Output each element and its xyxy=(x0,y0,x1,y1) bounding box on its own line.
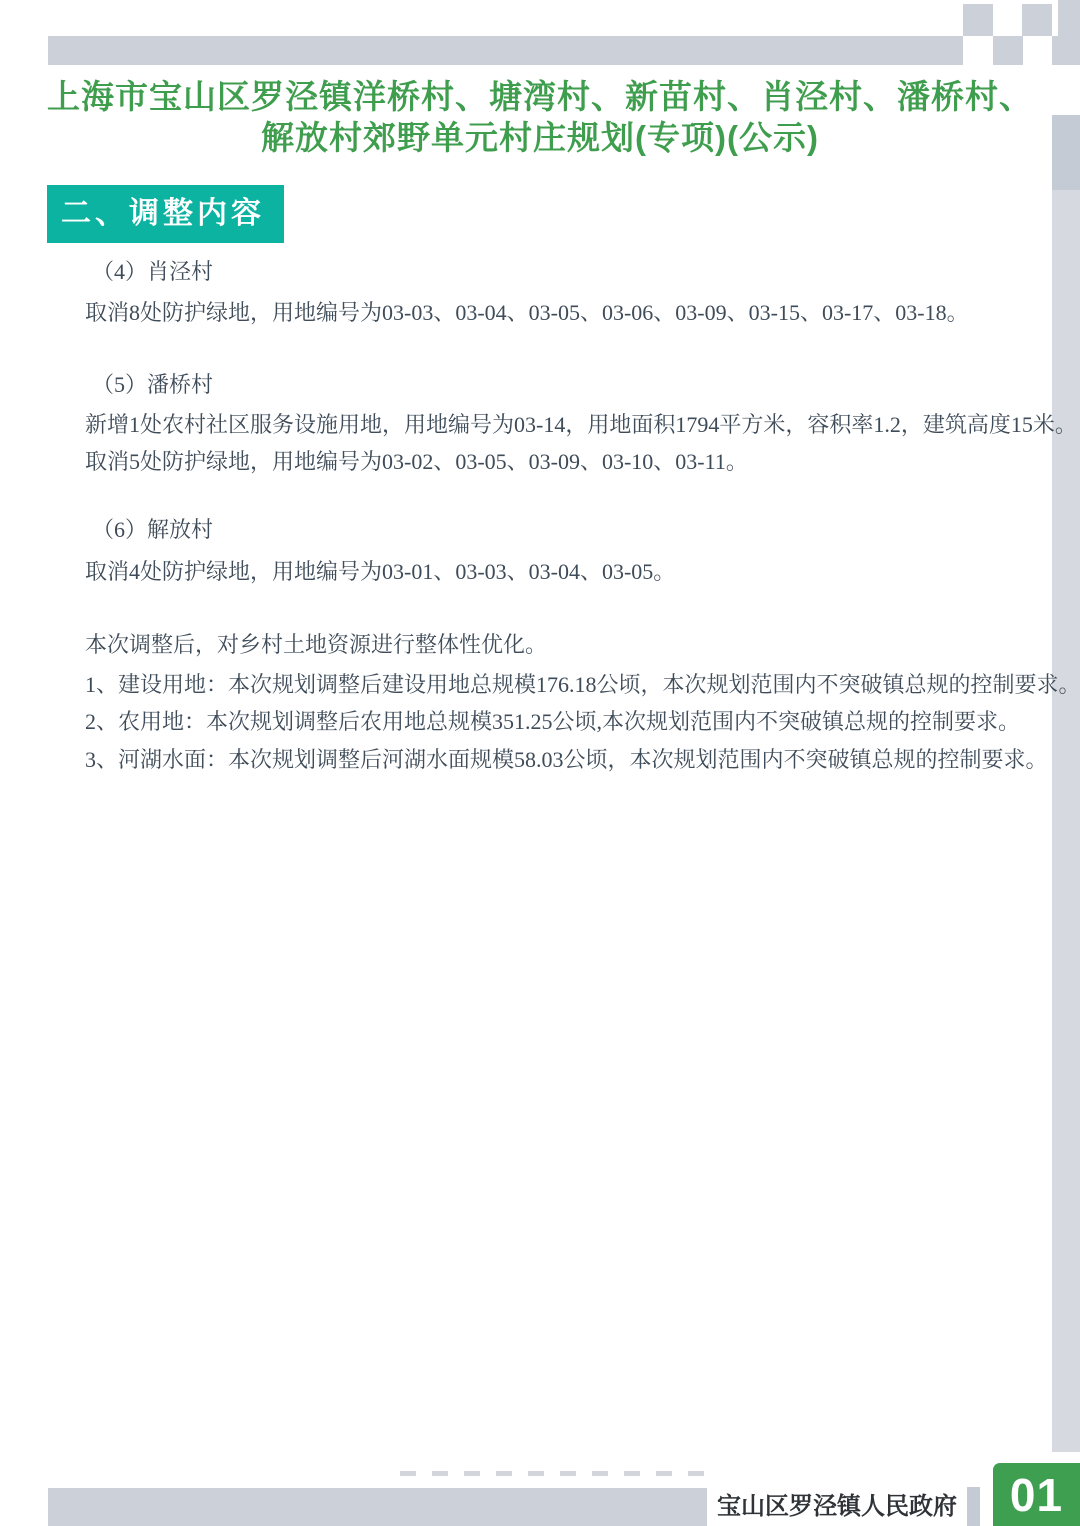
page-title-line1: 上海市宝山区罗泾镇洋桥村、塘湾村、新苗村、肖泾村、潘桥村、 xyxy=(47,78,1033,115)
section-heading: （4）肖泾村 xyxy=(92,257,213,287)
footer-divider-bar xyxy=(967,1487,980,1526)
footer-dashed-line xyxy=(400,1471,707,1476)
summary-item: 1、建设用地：本次规划调整后建设用地总规模176.18公顷，本次规划范围内不突破… xyxy=(85,670,1080,700)
top-gray-bar xyxy=(48,36,963,65)
document-page: 上海市宝山区罗泾镇洋桥村、塘湾村、新苗村、肖泾村、潘桥村、 解放村郊野单元村庄规… xyxy=(0,0,1080,1526)
section-heading: （5）潘桥村 xyxy=(92,370,213,400)
summary-item: 3、河湖水面：本次规划调整后河湖水面规模58.03公顷，本次规划范围内不突破镇总… xyxy=(85,745,1048,775)
section-heading: （6）解放村 xyxy=(92,515,213,545)
body-line: 取消5处防护绿地，用地编号为03-02、03-05、03-09、03-10、03… xyxy=(85,447,748,477)
summary-item: 2、农用地：本次规划调整后农用地总规模351.25公顷,本次规划范围内不突破镇总… xyxy=(85,707,1020,737)
checker-square xyxy=(1022,4,1052,36)
summary-intro: 本次调整后，对乡村土地资源进行整体性优化。 xyxy=(85,630,547,660)
footer-government-name: 宝山区罗泾镇人民政府 xyxy=(707,1490,967,1524)
page-title: 上海市宝山区罗泾镇洋桥村、塘湾村、新苗村、肖泾村、潘桥村、 解放村郊野单元村庄规… xyxy=(0,76,1080,158)
checker-square xyxy=(963,4,993,36)
checker-square xyxy=(1052,36,1080,65)
body-line: 取消4处防护绿地，用地编号为03-01、03-03、03-04、03-05。 xyxy=(85,557,675,587)
page-number: 01 xyxy=(1010,1468,1063,1522)
page-title-line2: 解放村郊野单元村庄规划(专项)(公示) xyxy=(261,119,819,156)
page-number-box: 01 xyxy=(993,1463,1080,1526)
section-badge: 二、调整内容 xyxy=(47,185,284,243)
checker-square xyxy=(993,36,1023,65)
checker-square xyxy=(1058,0,1080,36)
body-line: 新增1处农村社区服务设施用地，用地编号为03-14，用地面积1794平方米，容积… xyxy=(85,410,1077,440)
section-badge-label: 二、调整内容 xyxy=(61,197,265,230)
footer-gray-bar xyxy=(48,1488,707,1526)
right-edge-strip xyxy=(1052,190,1080,1452)
body-line: 取消8处防护绿地，用地编号为03-03、03-04、03-05、03-06、03… xyxy=(85,298,969,328)
